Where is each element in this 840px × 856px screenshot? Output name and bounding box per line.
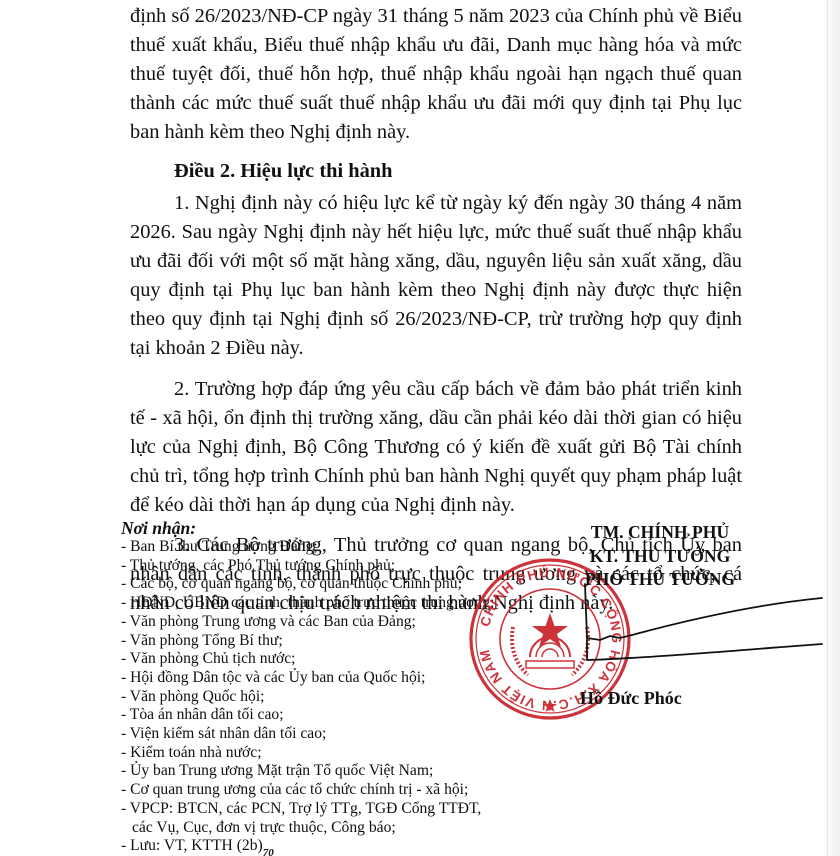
recipient-item: - Thủ tướng, các Phó Thủ tướng Chính phủ… [121, 557, 521, 576]
recipient-item: - Cơ quan trung ương của các tổ chức chí… [121, 781, 521, 800]
page-edge [827, 0, 840, 856]
recipient-item: - Viện kiểm sát nhân dân tối cao; [121, 725, 521, 744]
recipient-item: - VPCP: BTCN, các PCN, Trợ lý TTg, TGĐ C… [121, 800, 521, 819]
signature-title-1: TM. CHÍNH PHỦ [540, 521, 780, 545]
recipients-title: Nơi nhận: [121, 518, 521, 538]
recipients-list: Nơi nhận: - Ban Bí thư Trung ương Đảng; … [121, 518, 521, 856]
recipient-item: - Văn phòng Chủ tịch nước; [121, 650, 521, 669]
recipient-item: - Kiểm toán nhà nước; [121, 744, 521, 763]
recipient-item: - Ban Bí thư Trung ương Đảng; [121, 538, 521, 557]
recipient-item: - Văn phòng Tổng Bí thư; [121, 632, 521, 651]
recipient-item: - HĐND, UBND các tỉnh, thành phố trực th… [121, 594, 521, 613]
intro-paragraph: định số 26/2023/NĐ-CP ngày 31 tháng 5 nă… [130, 2, 742, 147]
recipient-item: - Các bộ, cơ quan ngang bộ, cơ quan thuộ… [121, 575, 521, 594]
clause-1: 1. Nghị định này có hiệu lực kể từ ngày … [130, 189, 742, 362]
recipient-item: - Hội đồng Dân tộc và các Ủy ban của Quố… [121, 669, 521, 688]
recipient-item: - Văn phòng Trung ương và các Ban của Đả… [121, 613, 521, 632]
archive-text: - Lưu: VT, KTTH (2b) [121, 837, 263, 854]
recipient-item: - Văn phòng Quốc hội; [121, 688, 521, 707]
clause-2: 2. Trường hợp đáp ứng yêu cầu cấp bách v… [130, 375, 742, 520]
archive-mark: 70 [263, 847, 274, 856]
recipient-item: - Ủy ban Trung ương Mặt trận Tổ quốc Việ… [121, 762, 521, 781]
article-heading: Điều 2. Hiệu lực thi hành [130, 157, 742, 186]
archive-line: - Lưu: VT, KTTH (2b)70 [121, 837, 521, 856]
signer-name: Hồ Đức Phóc [580, 688, 682, 709]
recipient-item-continuation: các Vụ, Cục, đơn vị trực thuộc, Công báo… [121, 819, 521, 838]
handwritten-signature-icon [560, 580, 830, 690]
recipient-item: - Tòa án nhân dân tối cao; [121, 706, 521, 725]
signature-title-2: KT. THỦ TƯỚNG [540, 545, 780, 569]
